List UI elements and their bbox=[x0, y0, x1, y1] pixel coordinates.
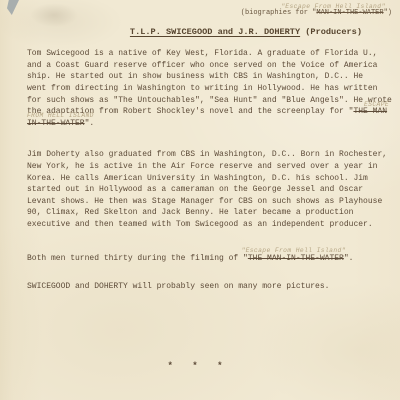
inked-correction: FROM HELL ISLAND bbox=[27, 110, 94, 122]
line-closing: SWICEGOOD and DOHERTY will probably seen… bbox=[27, 281, 392, 293]
corrected-text: FROM HELL ISLANDIN-THE-WATER bbox=[27, 118, 85, 130]
paragraph-2: Jim Doherty also graduated from CBS in W… bbox=[27, 149, 392, 230]
text-line: * * * bbox=[16, 361, 381, 373]
stars: * * * bbox=[16, 361, 381, 373]
text-line: started out in Hollywood as a cameraman … bbox=[27, 184, 392, 196]
text-line: (biographies for ""Escape From Hell Isla… bbox=[27, 8, 392, 20]
text-segment: (Producers) bbox=[300, 27, 362, 37]
text-line: Korea. He calls American University in W… bbox=[27, 173, 392, 185]
text-line: Jim Doherty also graduated from CBS in W… bbox=[27, 149, 392, 161]
inked-correction: "Escape From Hell Island" bbox=[241, 245, 345, 257]
text-segment: New York, he is active in the Air Force … bbox=[27, 162, 377, 171]
text-segment: Tom Swicegood is a native of Key West, F… bbox=[27, 49, 377, 58]
text-line: ship. He started out in show business wi… bbox=[27, 71, 392, 83]
paper-sheet: (biographies for ""Escape From Hell Isla… bbox=[0, 0, 400, 400]
paragraph-1: Tom Swicegood is a native of Key West, F… bbox=[27, 48, 392, 129]
text-line: went from directing in Washington to wri… bbox=[27, 83, 392, 95]
header-note: (biographies for ""Escape From Hell Isla… bbox=[27, 8, 392, 20]
corrected-text: "Escape From Hell Island"MAN-IN-THE-WATE… bbox=[316, 8, 383, 20]
corrected-text: ESCAPETHE MAN bbox=[353, 106, 387, 118]
text-segment: Levant shows. He then was Stage Manager … bbox=[27, 197, 382, 206]
text-line: 90, Climax, Red Skelton and Jack Benny. … bbox=[27, 207, 392, 219]
text-line: for such shows as "The Untouchables", "S… bbox=[27, 95, 392, 107]
text-segment: Both men turned thirty during the filmin… bbox=[27, 254, 248, 263]
document-body: (biographies for ""Escape From Hell Isla… bbox=[0, 0, 400, 400]
text-line: T.L.P. SWICEGOOD and J.R. DOHERTY (Produ… bbox=[27, 27, 362, 39]
text-segment: * * * bbox=[167, 361, 229, 371]
text-line: FROM HELL ISLANDIN-THE-WATER". bbox=[27, 118, 392, 130]
corrected-text: "Escape From Hell Island"THE MAN-IN-THE-… bbox=[248, 253, 344, 265]
main-title: T.L.P. SWICEGOOD and J.R. DOHERTY (Produ… bbox=[27, 27, 392, 39]
text-segment: started out in Hollywood as a cameraman … bbox=[27, 185, 363, 194]
line-both-men: Both men turned thirty during the filmin… bbox=[27, 253, 392, 265]
text-line: Levant shows. He then was Stage Manager … bbox=[27, 196, 392, 208]
text-segment: Korea. He calls American University in W… bbox=[27, 174, 368, 183]
underlined-title-text: T.L.P. SWICEGOOD and J.R. DOHERTY bbox=[130, 27, 300, 37]
text-segment: SWICEGOOD and DOHERTY will probably seen… bbox=[27, 282, 329, 291]
text-segment: executive and then teamed with Tom Swice… bbox=[27, 220, 373, 229]
text-line: SWICEGOOD and DOHERTY will probably seen… bbox=[27, 281, 392, 293]
text-line: Tom Swicegood is a native of Key West, F… bbox=[27, 48, 392, 60]
text-segment: and a Coast Guard reserve officer who on… bbox=[27, 61, 377, 70]
inked-correction: ESCAPE bbox=[364, 99, 389, 111]
text-line: and a Coast Guard reserve officer who on… bbox=[27, 60, 392, 72]
text-segment: went from directing in Washington to wri… bbox=[27, 84, 377, 93]
text-segment: Jim Doherty also graduated from CBS in W… bbox=[27, 150, 387, 159]
text-segment: ship. He started out in show business wi… bbox=[27, 72, 363, 81]
text-line: executive and then teamed with Tom Swice… bbox=[27, 219, 392, 231]
text-segment: 90, Climax, Red Skelton and Jack Benny. … bbox=[27, 208, 353, 217]
text-line: Both men turned thirty during the filmin… bbox=[27, 253, 392, 265]
text-segment: for such shows as "The Untouchables", "S… bbox=[27, 96, 392, 105]
text-line: New York, he is active in the Air Force … bbox=[27, 161, 392, 173]
inked-correction: "Escape From Hell Island" bbox=[281, 1, 385, 13]
